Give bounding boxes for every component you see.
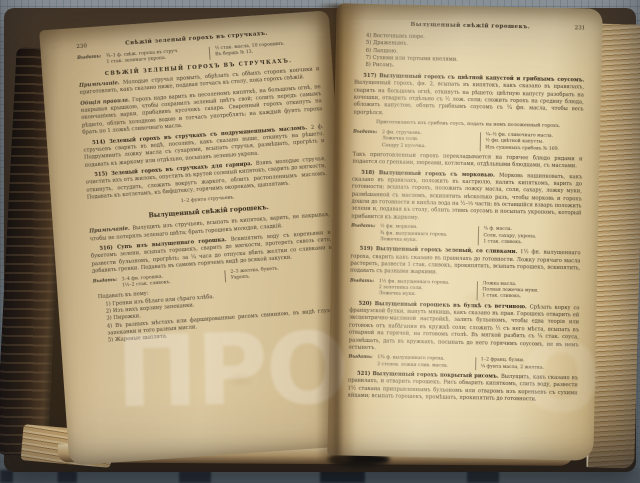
- portions-label: Выдать:: [353, 129, 377, 148]
- portions-label: Выдать:: [351, 224, 375, 243]
- paragraph-lead: Примѣчаніе.: [79, 80, 123, 89]
- portions-column-2: ¼–½ фн. сливочнаго масла.½ фн. цвѣтной к…: [479, 132, 583, 153]
- left-page: 230 Свѣжій зеленый горохъ въ стручкахъ. …: [39, 10, 359, 465]
- recipe-paragraph: 520) Вылущенный горошекъ въ булкѣ съ вет…: [348, 300, 579, 356]
- recipe-heading: 520) Вылущенный горошекъ въ булкѣ съ вет…: [358, 300, 529, 310]
- portions-block: Выдать:2 фн. стручьевъ.Ложечка соли.Саха…: [353, 129, 583, 153]
- paragraph-lead: Примѣчаніе.: [89, 226, 133, 235]
- portion-line: 1 стак. сливокъ.: [483, 239, 581, 247]
- paragraph-lead: Общія правила.: [80, 97, 132, 107]
- right-page-text: 4) Восточнымъ пюре.5) Драженымъ.6) Лапшо…: [347, 33, 585, 405]
- portions-label: Выдать:: [93, 277, 118, 291]
- portions-block: Выдать:½ фн. моркови.¾ фн. вылущеннаго г…: [351, 224, 581, 248]
- photo-of-open-book: 230 Свѣжій зеленый горохъ въ стручкахъ. …: [0, 0, 640, 483]
- recipe-heading: 521) Вылущенный горохъ покрытый рисомъ.: [357, 371, 501, 380]
- portions-column-2: ⅛ ф. масла.Соли, сахару, укропа.1 стак. …: [477, 226, 581, 247]
- portion-line: ¼ фунта масла, 2 желтка.: [481, 364, 579, 372]
- recipe-paragraph: 519) Вылущенный горохъ зеленый, со сливк…: [350, 246, 581, 280]
- recipe-heading: 518) Вылущенный горохъ съ морковью.: [361, 169, 499, 178]
- portions-column-1: 1¾ ф. вылущеннаго гороха.2 столов. ложки…: [372, 355, 475, 370]
- recipe-paragraph: 517) Вылущенный горохъ съ цвѣтной капуст…: [353, 72, 584, 121]
- right-page: Вылущенный свѣжій горошекъ. 231 4) Восто…: [327, 3, 602, 460]
- portions-column-2: Ложка масла.Полная ложечка муки.1 стак. …: [476, 281, 580, 302]
- paragraph: Такъ приготовленный горохъ перекладывает…: [352, 151, 582, 171]
- portions-label: Выдать:: [350, 278, 374, 297]
- left-page-text: Выдать:¾–1 ф. свѣж. гороха въ струч.1 ст…: [77, 39, 338, 346]
- portion-line: 2 столов. ложки слив. масла.: [377, 362, 475, 370]
- left-head-spacer: [301, 31, 317, 32]
- portion-line: Ложечка муки.: [380, 237, 478, 245]
- portions-column-1: 1½ фн. вылущеннаго гороха.2 золотника со…: [374, 279, 477, 300]
- portions-block: Выдать:1½ фн. вылущеннаго гороха.2 золот…: [350, 278, 580, 302]
- portions-column-1: ½ фн. моркови.¾ фн. вылущеннаго гороха.Л…: [375, 224, 478, 245]
- recipe-heading: 517) Вылущенный горохъ съ цвѣтной капуст…: [363, 73, 584, 84]
- portions-column-2: 1–2 франц. булки.¼ фунта масла, 2 желтка…: [475, 358, 579, 373]
- portion-line: Изъ сушеныхъ грибовъ № 169.: [485, 145, 583, 153]
- list-block: 4) Восточнымъ пюре.5) Драженымъ.6) Лапшо…: [354, 33, 585, 75]
- right-running-head: Вылущенный свѣжій горошекъ.: [371, 20, 569, 32]
- portions-label: Выдать:: [77, 54, 102, 68]
- right-running-head-row: Вылущенный свѣжій горошекъ. 231: [355, 20, 585, 34]
- left-page-number: 230: [76, 43, 93, 52]
- portion-line: 1 стак. сливокъ.: [482, 294, 580, 302]
- portions-block: Выдать:1¾ ф. вылущеннаго гороха.2 столов…: [348, 355, 578, 372]
- portion-line: Ложечка муки.: [379, 292, 477, 300]
- recipe-heading: 519) Вылущенный горохъ зеленый, со сливк…: [360, 246, 521, 255]
- portions-column-1: 2 фн. стручьевъ.Ложечка соли.Сахару 2 ку…: [377, 130, 480, 151]
- portion-line: Сахару 2 кусочка.: [382, 143, 480, 151]
- right-page-number: 231: [569, 25, 585, 33]
- portions-label: Выдать:: [348, 355, 372, 368]
- recipe-paragraph: 521) Вылущенный горохъ покрытый рисомъ. …: [347, 371, 578, 405]
- recipe-paragraph: 518) Вылущенный горохъ съ морковью. Морк…: [351, 169, 582, 225]
